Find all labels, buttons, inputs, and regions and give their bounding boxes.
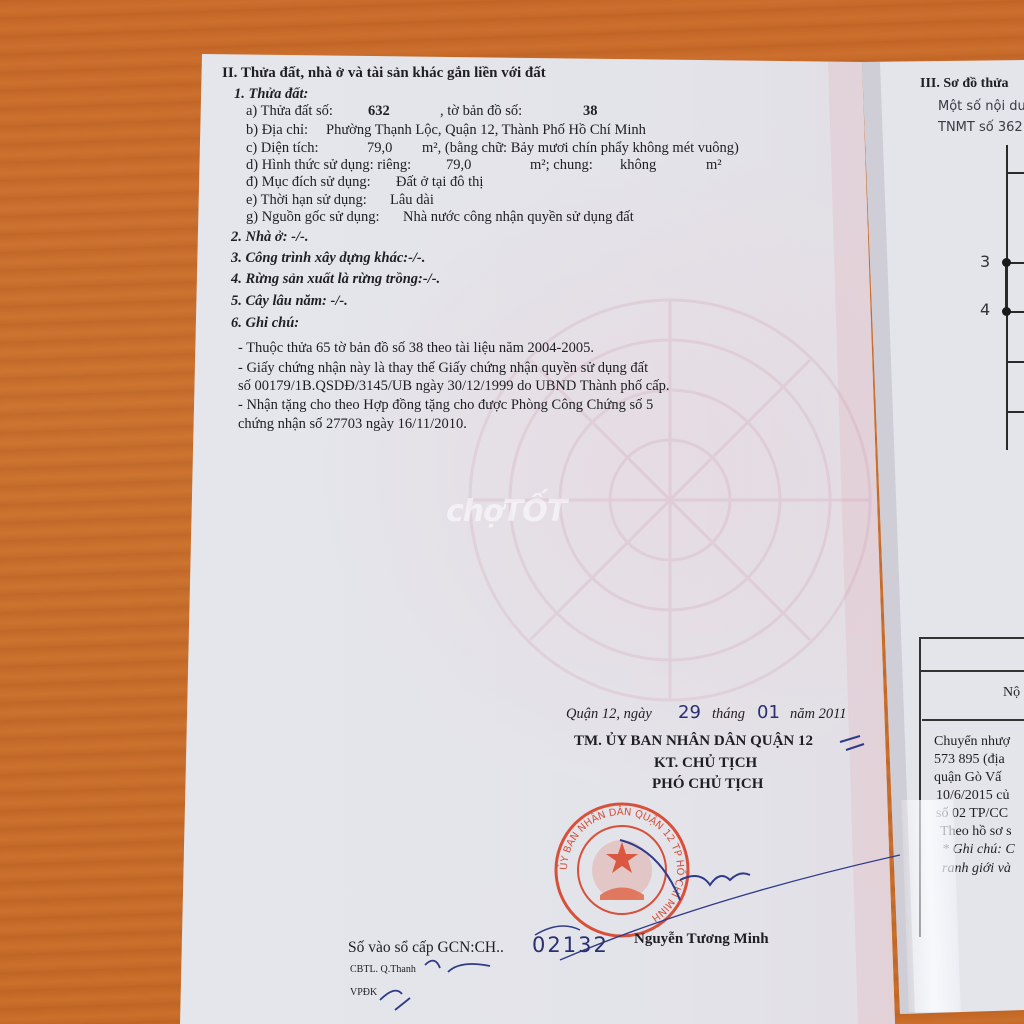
date-month-handwritten: 01 [757, 702, 780, 723]
origin-label: g) Nguồn gốc sử dụng: [246, 210, 380, 225]
signatory-role-1: KT. CHỦ TỊCH [654, 756, 757, 771]
red-seal-icon: ỦY BAN NHÂN DÂN QUẬN 12 TP HỒ CHÍ MINH [552, 800, 692, 940]
purpose-value: Đất ở tại đô thị [396, 175, 483, 190]
signatory-name: Nguyễn Tương Minh [634, 932, 769, 947]
point-label: 4 [980, 302, 990, 318]
chotot-watermark: chợTỐT [446, 494, 566, 529]
boundary-point-marker [1002, 258, 1011, 267]
date-prefix: Quận 12, ngày [566, 707, 652, 722]
map-sheet-label: , tờ bản đồ số: [440, 104, 522, 119]
signatory-role-2: PHÓ CHỦ TỊCH [652, 777, 763, 792]
usage-common-unit: m² [706, 158, 722, 173]
origin-value: Nhà nước công nhận quyền sử dụng đất [403, 210, 634, 225]
note-line: chứng nhận số 27703 ngày 16/11/2010. [238, 417, 467, 432]
table-entry-line: quận Gò Vấ [934, 771, 1001, 785]
table-entry-line: 573 895 (địa [934, 753, 1005, 767]
table-border [922, 719, 1024, 721]
registry-number-handwritten: 02132 [532, 933, 609, 957]
parcel-number: 632 [368, 104, 390, 119]
right-line-1: Một số nội du [938, 100, 1024, 113]
table-border [921, 670, 1024, 672]
term-value: Lâu dài [390, 193, 434, 208]
term-label: e) Thời hạn sử dụng: [246, 193, 367, 208]
map-sheet-number: 38 [583, 104, 598, 119]
date-month-label: tháng [712, 707, 745, 722]
section-2-title: II. Thửa đất, nhà ở và tài sản khác gắn … [222, 66, 546, 81]
section-3-title: III. Sơ đồ thửa [920, 77, 1009, 91]
parcel-boundary-line [1006, 361, 1024, 363]
date-day-handwritten: 29 [678, 702, 701, 723]
note-line: - Thuộc thửa 65 tờ bản đồ số 38 theo tài… [238, 341, 594, 356]
boundary-point-marker [1002, 307, 1011, 316]
date-year: năm 2011 [790, 707, 847, 722]
usage-private-value: 79,0 [446, 158, 471, 173]
note-line: số 00179/1B.QSDĐ/3145/UB ngày 30/12/1999… [238, 379, 670, 394]
registry-label: Số vào sổ cấp GCN:CH.. [348, 940, 504, 956]
production-forest-item: 4. Rừng sản xuất là rừng trồng:-/-. [231, 272, 440, 287]
table-entry-line: Chuyển nhượ [934, 735, 1010, 749]
note-line: - Giấy chứng nhận này là thay thế Giấy c… [238, 361, 648, 376]
vpdk-note: VPĐK [350, 988, 377, 998]
usage-common-label: m²; chung: [530, 158, 593, 173]
usage-common-value: không [620, 158, 656, 173]
note-line: - Nhận tặng cho theo Hợp đồng tặng cho đ… [238, 398, 653, 413]
tape-strip [901, 800, 960, 1012]
address-value: Phường Thạnh Lộc, Quận 12, Thành Phố Hồ … [326, 123, 646, 138]
area-label: c) Diện tích: [246, 141, 318, 156]
parcel-label: a) Thửa đất số: [246, 104, 333, 119]
area-words: m², (bằng chữ: Bảy mươi chín phẩy không … [422, 141, 739, 156]
perennial-trees-item: 5. Cây lâu năm: -/-. [231, 294, 348, 309]
point-label: 3 [980, 254, 990, 270]
other-construction-item: 3. Công trình xây dựng khác:-/-. [231, 251, 425, 266]
parcel-boundary-line [1006, 411, 1024, 413]
table-border [920, 637, 1024, 639]
parcel-boundary-line [1006, 172, 1024, 174]
address-label: b) Địa chỉ: [246, 123, 308, 138]
parcel-boundary-line [1005, 262, 1008, 312]
right-line-2: TNMT số 362 [938, 121, 1023, 134]
purpose-label: đ) Mục đích sử dụng: [246, 175, 371, 190]
signatory-org: TM. ỦY BAN NHÂN DÂN QUẬN 12 [574, 734, 813, 749]
area-value: 79,0 [367, 141, 392, 156]
notes-heading: 6. Ghi chú: [231, 316, 299, 331]
table-header: Nộ [1003, 686, 1020, 700]
usage-form-label: d) Hình thức sử dụng: riêng: [246, 158, 411, 173]
cbtl-note: CBTL. Q.Thanh [350, 965, 416, 975]
land-heading: 1. Thửa đất: [234, 87, 308, 102]
house-item: 2. Nhà ở: -/-. [231, 230, 308, 245]
